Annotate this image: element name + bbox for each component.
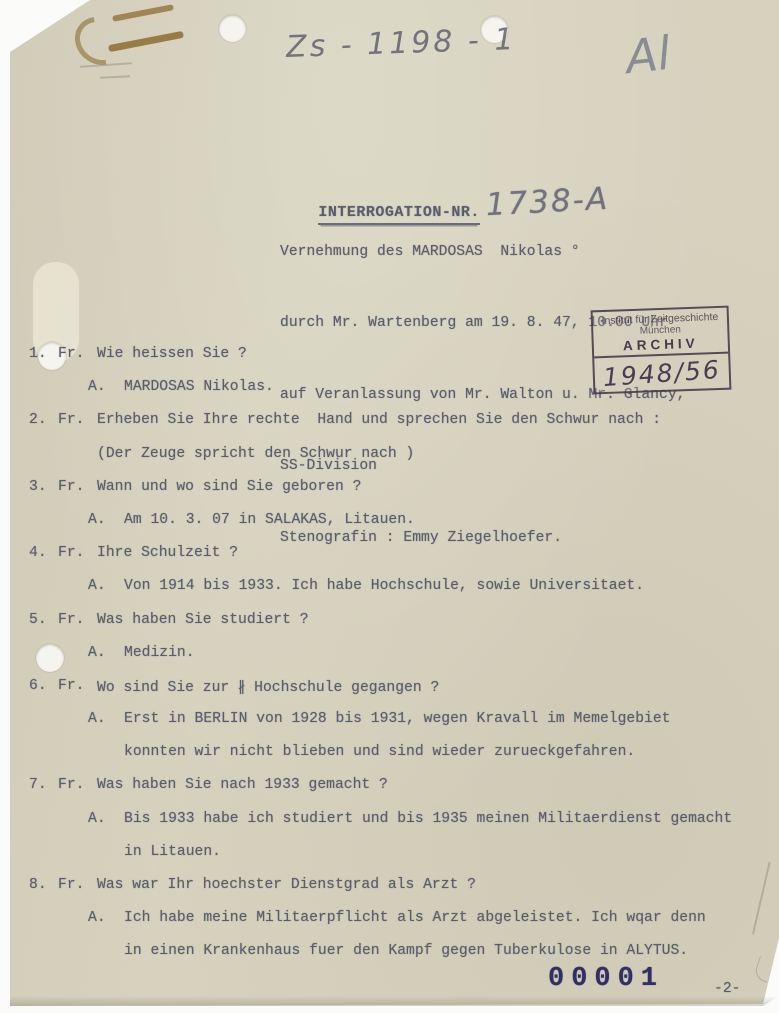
qa-line: A.Von 1914 bis 1933. Ich habe Hochschule…	[0, 578, 779, 611]
line-text: Was war Ihr hoechster Dienstgrad als Arz…	[97, 877, 476, 893]
line-label: Fr.	[58, 877, 84, 893]
question-number: 3.	[29, 479, 47, 495]
question-number: 8.	[29, 877, 47, 893]
qa-line: 7.Fr.Was haben Sie nach 1933 gemacht ?	[0, 777, 779, 810]
paper-bottom-shadow	[10, 996, 779, 1006]
qa-line: A.MARDOSAS Nikolas.	[0, 379, 779, 412]
line-text: Wie heissen Sie ?	[97, 346, 247, 362]
qa-line: A.Ich habe meine Militaerpflicht als Arz…	[0, 910, 779, 943]
question-number: 5.	[29, 612, 47, 628]
line-text: Medizin.	[124, 645, 195, 661]
line-text: Bis 1933 habe ich studiert und bis 1935 …	[124, 811, 732, 827]
line-text: in Litauen.	[124, 844, 221, 860]
line-label: A.	[88, 910, 106, 926]
page-counter-stamp: 00001	[548, 964, 664, 994]
qa-line: in Litauen.	[0, 844, 779, 877]
qa-line: 1.Fr.Wie heissen Sie ?	[0, 346, 779, 379]
line-text: Was haben Sie nach 1933 gemacht ?	[97, 777, 388, 793]
line-label: A.	[88, 578, 106, 594]
line-text: Ihre Schulzeit ?	[97, 545, 238, 561]
handwritten-interrogation-number: 1738-A	[485, 181, 610, 223]
qa-line: 3.Fr.Wann und wo sind Sie geboren ?	[0, 479, 779, 512]
line-text: konnten wir nicht blieben und sind wiede…	[124, 744, 635, 760]
header-line-subject: Vernehmung des MARDOSAS Nikolas °	[280, 244, 685, 279]
question-number: 2.	[29, 412, 47, 428]
qa-line: A.Medizin.	[0, 645, 779, 678]
handwritten-initials: Al	[623, 26, 673, 84]
qa-line: 4.Fr.Ihre Schulzeit ?	[0, 545, 779, 578]
line-label: Fr.	[58, 678, 84, 694]
line-text: Was haben Sie studiert ?	[97, 612, 309, 628]
line-text: Am 10. 3. 07 in SALAKAS, Litauen.	[124, 512, 415, 528]
question-number: 1.	[29, 346, 47, 362]
qa-line: A.Bis 1933 habe ich studiert und bis 193…	[0, 811, 779, 844]
question-number: 6.	[29, 678, 47, 694]
line-label: Fr.	[58, 545, 84, 561]
qa-line: A.Am 10. 3. 07 in SALAKAS, Litauen.	[0, 512, 779, 545]
line-text: Erst in BERLIN von 1928 bis 1931, wegen …	[124, 711, 670, 727]
line-label: A.	[88, 379, 106, 395]
line-text: Wo sind Sie zur ∦ Hochschule gegangen ?	[97, 678, 439, 696]
document-title: INTERROGATION-NR.	[318, 204, 480, 225]
qa-line: 5.Fr.Was haben Sie studiert ?	[0, 612, 779, 645]
line-label: Fr.	[58, 346, 84, 362]
qa-line: (Der Zeuge spricht den Schwur nach )	[0, 446, 779, 479]
line-label: Fr.	[58, 612, 84, 628]
page-number: -2-	[714, 981, 740, 997]
line-text: MARDOSAS Nikolas.	[124, 379, 274, 395]
line-label: A.	[88, 811, 106, 827]
question-number: 7.	[29, 777, 47, 793]
line-label: A.	[88, 711, 106, 727]
line-text: Wann und wo sind Sie geboren ?	[97, 479, 361, 495]
line-text: (Der Zeuge spricht den Schwur nach )	[97, 446, 414, 462]
line-label: Fr.	[58, 777, 84, 793]
line-text: Ich habe meine Militaerpflicht als Arzt …	[124, 910, 706, 926]
qa-line: 8.Fr.Was war Ihr hoechster Dienstgrad al…	[0, 877, 779, 910]
line-text: in einen Krankenhaus fuer den Kampf gege…	[124, 943, 688, 959]
qa-line: 2.Fr.Erheben Sie Ihre rechte Hand und sp…	[0, 412, 779, 445]
line-label: A.	[88, 512, 106, 528]
line-text: Erheben Sie Ihre rechte Hand und spreche…	[97, 412, 661, 428]
qa-line: konnten wir nicht blieben und sind wiede…	[0, 744, 779, 777]
qa-line: 6.Fr.Wo sind Sie zur ∦ Hochschule gegang…	[0, 678, 779, 711]
qa-line: A.Erst in BERLIN von 1928 bis 1931, wege…	[0, 711, 779, 744]
line-text: Von 1914 bis 1933. Ich habe Hochschule, …	[124, 578, 644, 594]
line-label: Fr.	[58, 412, 84, 428]
punch-hole	[219, 15, 246, 42]
qa-section: 1.Fr.Wie heissen Sie ?A.MARDOSAS Nikolas…	[0, 346, 779, 977]
question-number: 4.	[29, 545, 47, 561]
line-label: Fr.	[58, 479, 84, 495]
line-label: A.	[88, 645, 106, 661]
